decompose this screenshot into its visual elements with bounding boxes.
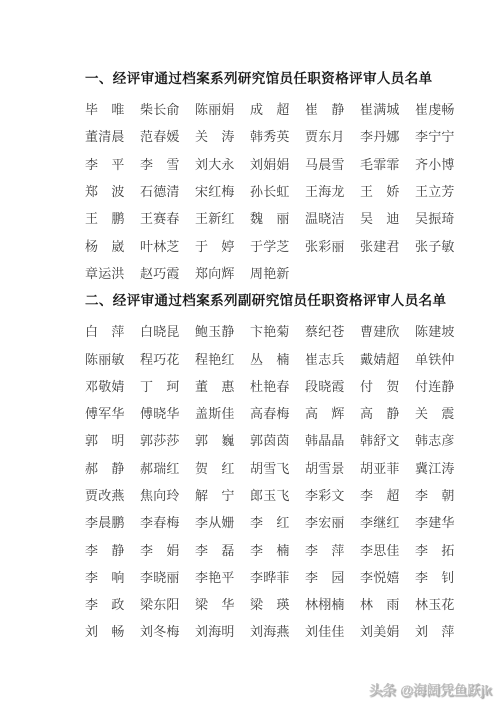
person-name: 崔虔畅 [415, 99, 455, 118]
section-title: 一、经评审通过档案系列研究馆员任职资格评审人员名单 [85, 70, 500, 87]
person-name: 陈建坡 [415, 321, 455, 340]
name-rows: 白 萍白晓昆鲍玉静卞艳菊蔡纪苍曹建欣陈建坡陈丽敏程巧花程艳红丛 楠崔志兵戴婧超单… [85, 317, 500, 645]
person-name: 郎玉飞 [250, 485, 290, 504]
name-row: 李 响李晓丽李艳平李晔菲李 园李悦嬉李 钊 [85, 563, 500, 590]
person-name: 郭 明 [85, 430, 125, 449]
person-name: 丛 楠 [250, 349, 290, 368]
person-name: 胡雪景 [305, 458, 345, 477]
person-name: 贾改燕 [85, 485, 125, 504]
person-name: 程艳红 [195, 349, 235, 368]
person-name: 梁 华 [195, 594, 235, 613]
person-name: 崔 静 [305, 99, 345, 118]
name-row: 郝 静郝瑞红贺 红胡雪飞胡雪景胡亚菲冀江涛 [85, 454, 500, 481]
person-name: 郑 波 [85, 181, 125, 200]
person-name: 邓敬婧 [85, 376, 125, 395]
person-name: 齐小博 [415, 154, 455, 173]
person-name: 梁东阳 [140, 594, 180, 613]
person-name: 石德清 [140, 181, 180, 200]
name-row: 郑 波石德清宋红梅孙长虹王海龙王 娇王立芳 [85, 177, 500, 204]
person-name: 高 辉 [305, 403, 345, 422]
person-name: 韩舒文 [360, 430, 400, 449]
person-name: 陈丽敏 [85, 349, 125, 368]
person-name: 刘冬梅 [140, 621, 180, 640]
person-name: 于 婷 [195, 236, 235, 255]
person-name: 章运洪 [85, 263, 125, 282]
person-name: 刘海燕 [250, 621, 290, 640]
person-name: 刘娟娟 [250, 154, 290, 173]
person-name: 刘大永 [195, 154, 235, 173]
toutiao-watermark: 头条@海阔凭鱼跃jk [369, 679, 492, 699]
person-name: 郝 静 [85, 458, 125, 477]
person-name: 李思佳 [360, 540, 400, 559]
person-name: 李从姗 [195, 512, 235, 531]
person-name: 李宏丽 [305, 512, 345, 531]
sections-container: 一、经评审通过档案系列研究馆员任职资格评审人员名单毕 唯柴长俞陈丽娟成 超崔 静… [85, 70, 500, 645]
person-name: 白晓昆 [140, 321, 180, 340]
person-name: 杜艳春 [250, 376, 290, 395]
person-name: 李丹娜 [360, 126, 400, 145]
person-name: 冀江涛 [415, 458, 455, 477]
person-name: 郭茵茵 [250, 430, 290, 449]
person-name: 崔志兵 [305, 349, 345, 368]
person-name: 周艳新 [250, 263, 290, 282]
person-name: 孙长虹 [250, 181, 290, 200]
name-row: 王 鹏王赛春王新红魏 丽温晓洁吴 迪吴振琦 [85, 204, 500, 231]
name-row: 李 静李 娟李 磊李 楠李 萍李思佳李 拓 [85, 535, 500, 562]
person-name: 魏 丽 [250, 208, 290, 227]
person-name: 刘 畅 [85, 621, 125, 640]
person-name: 李 磊 [195, 540, 235, 559]
person-name: 付连静 [415, 376, 455, 395]
person-name: 丁 珂 [140, 376, 180, 395]
person-name: 郑向辉 [195, 263, 235, 282]
person-name: 李晓丽 [140, 567, 180, 586]
toutiao-brand-label: 头条 [369, 683, 396, 698]
person-name: 李 雪 [140, 154, 180, 173]
person-name: 李 拓 [415, 540, 455, 559]
person-name: 郝瑞红 [140, 458, 180, 477]
watermark-handle: @海阔凭鱼跃jk [400, 683, 492, 698]
person-name: 成 超 [250, 99, 290, 118]
name-row: 章运洪赵巧霞郑向辉周艳新 [85, 259, 500, 286]
name-row: 李 平李 雪刘大永刘娟娟马晨雪毛霏霏齐小博 [85, 150, 500, 177]
person-name: 焦向玲 [140, 485, 180, 504]
person-name: 贾东月 [305, 126, 345, 145]
person-name: 关 涛 [195, 126, 235, 145]
person-name: 崔满城 [360, 99, 400, 118]
person-name: 白 萍 [85, 321, 125, 340]
person-name: 李 萍 [305, 540, 345, 559]
person-name: 刘美娟 [360, 621, 400, 640]
person-name: 李 平 [85, 154, 125, 173]
person-name: 于学芝 [250, 236, 290, 255]
name-row: 郭 明郭莎莎郭 巍郭茵茵韩晶晶韩舒文韩志彦 [85, 426, 500, 453]
person-name: 傅军华 [85, 403, 125, 422]
person-name: 林玉花 [415, 594, 455, 613]
person-name: 王海龙 [305, 181, 345, 200]
person-name: 董清晨 [85, 126, 125, 145]
person-name: 卞艳菊 [250, 321, 290, 340]
person-name: 单铁仲 [415, 349, 455, 368]
person-name: 陈丽娟 [195, 99, 235, 118]
person-name: 李 朝 [415, 485, 455, 504]
name-row: 李晨鹏李春梅李从姗李 红李宏丽李继红李建华 [85, 508, 500, 535]
person-name: 赵巧霞 [140, 263, 180, 282]
person-name: 李 园 [305, 567, 345, 586]
person-name: 李 红 [250, 512, 290, 531]
person-name: 李 静 [85, 540, 125, 559]
person-name: 李悦嬉 [360, 567, 400, 586]
person-name: 刘佳佳 [305, 621, 345, 640]
person-name: 温晓洁 [305, 208, 345, 227]
person-name: 林栩楠 [305, 594, 345, 613]
person-name: 王 娇 [360, 181, 400, 200]
person-name: 蔡纪苍 [305, 321, 345, 340]
person-name: 张彩丽 [305, 236, 345, 255]
name-row: 贾改燕焦向玲解 宁郎玉飞李彩文李 超李 朝 [85, 481, 500, 508]
name-row: 杨 崴叶林芝于 婷于学芝张彩丽张建君张子敏 [85, 231, 500, 258]
name-row: 董清晨范春媛关 涛韩秀英贾东月李丹娜李宁宁 [85, 122, 500, 149]
person-name: 李 响 [85, 567, 125, 586]
person-name: 李晔菲 [250, 567, 290, 586]
name-row: 毕 唯柴长俞陈丽娟成 超崔 静崔满城崔虔畅 [85, 95, 500, 122]
section-2: 二、经评审通过档案系列副研究馆员任职资格评审人员名单白 萍白晓昆鲍玉静卞艳菊蔡纪… [85, 292, 500, 645]
person-name: 李 钊 [415, 567, 455, 586]
person-name: 毕 唯 [85, 99, 125, 118]
person-name: 郭莎莎 [140, 430, 180, 449]
name-row: 陈丽敏程巧花程艳红丛 楠崔志兵戴婧超单铁仲 [85, 344, 500, 371]
person-name: 胡亚菲 [360, 458, 400, 477]
person-name: 鲍玉静 [195, 321, 235, 340]
person-name: 吴 迪 [360, 208, 400, 227]
person-name: 马晨雪 [305, 154, 345, 173]
person-name: 解 宁 [195, 485, 235, 504]
person-name: 胡雪飞 [250, 458, 290, 477]
person-name: 王赛春 [140, 208, 180, 227]
person-name: 郭 巍 [195, 430, 235, 449]
person-name: 高春梅 [250, 403, 290, 422]
person-name: 盖斯佳 [195, 403, 235, 422]
person-name: 曹建欣 [360, 321, 400, 340]
name-row: 李 政梁东阳梁 华梁 瑛林栩楠林 雨林玉花 [85, 590, 500, 617]
person-name: 李 楠 [250, 540, 290, 559]
person-name: 宋红梅 [195, 181, 235, 200]
name-row: 白 萍白晓昆鲍玉静卞艳菊蔡纪苍曹建欣陈建坡 [85, 317, 500, 344]
person-name: 毛霏霏 [360, 154, 400, 173]
name-row: 傅军华傅晓华盖斯佳高春梅高 辉高 静关 震 [85, 399, 500, 426]
person-name: 王新红 [195, 208, 235, 227]
person-name: 贺 红 [195, 458, 235, 477]
person-name: 吴振琦 [415, 208, 455, 227]
person-name: 王 鹏 [85, 208, 125, 227]
name-row: 邓敬婧丁 珂董 惠杜艳春段晓霞付 贺付连静 [85, 372, 500, 399]
evaluation-name-list-document: 一、经评审通过档案系列研究馆员任职资格评审人员名单毕 唯柴长俞陈丽娟成 超崔 静… [0, 0, 500, 707]
person-name: 李建华 [415, 512, 455, 531]
name-rows: 毕 唯柴长俞陈丽娟成 超崔 静崔满城崔虔畅董清晨范春媛关 涛韩秀英贾东月李丹娜李… [85, 95, 500, 286]
section-1: 一、经评审通过档案系列研究馆员任职资格评审人员名单毕 唯柴长俞陈丽娟成 超崔 静… [85, 70, 500, 286]
person-name: 高 静 [360, 403, 400, 422]
person-name: 戴婧超 [360, 349, 400, 368]
person-name: 叶林芝 [140, 236, 180, 255]
person-name: 刘海明 [195, 621, 235, 640]
person-name: 李 超 [360, 485, 400, 504]
person-name: 李宁宁 [415, 126, 455, 145]
person-name: 王立芳 [415, 181, 455, 200]
person-name: 李 政 [85, 594, 125, 613]
person-name: 李艳平 [195, 567, 235, 586]
person-name: 梁 瑛 [250, 594, 290, 613]
person-name: 李 娟 [140, 540, 180, 559]
person-name: 关 震 [415, 403, 455, 422]
person-name: 刘 萍 [415, 621, 455, 640]
person-name: 傅晓华 [140, 403, 180, 422]
person-name: 李彩文 [305, 485, 345, 504]
section-title: 二、经评审通过档案系列副研究馆员任职资格评审人员名单 [85, 292, 500, 309]
person-name: 李晨鹏 [85, 512, 125, 531]
person-name: 程巧花 [140, 349, 180, 368]
person-name: 韩志彦 [415, 430, 455, 449]
person-name: 李春梅 [140, 512, 180, 531]
person-name: 韩秀英 [250, 126, 290, 145]
person-name: 张建君 [360, 236, 400, 255]
person-name: 范春媛 [140, 126, 180, 145]
person-name: 林 雨 [360, 594, 400, 613]
person-name: 张子敏 [415, 236, 455, 255]
person-name: 付 贺 [360, 376, 400, 395]
name-row: 刘 畅刘冬梅刘海明刘海燕刘佳佳刘美娟刘 萍 [85, 617, 500, 644]
person-name: 韩晶晶 [305, 430, 345, 449]
person-name: 柴长俞 [140, 99, 180, 118]
person-name: 董 惠 [195, 376, 235, 395]
person-name: 段晓霞 [305, 376, 345, 395]
person-name: 李继红 [360, 512, 400, 531]
person-name: 杨 崴 [85, 236, 125, 255]
